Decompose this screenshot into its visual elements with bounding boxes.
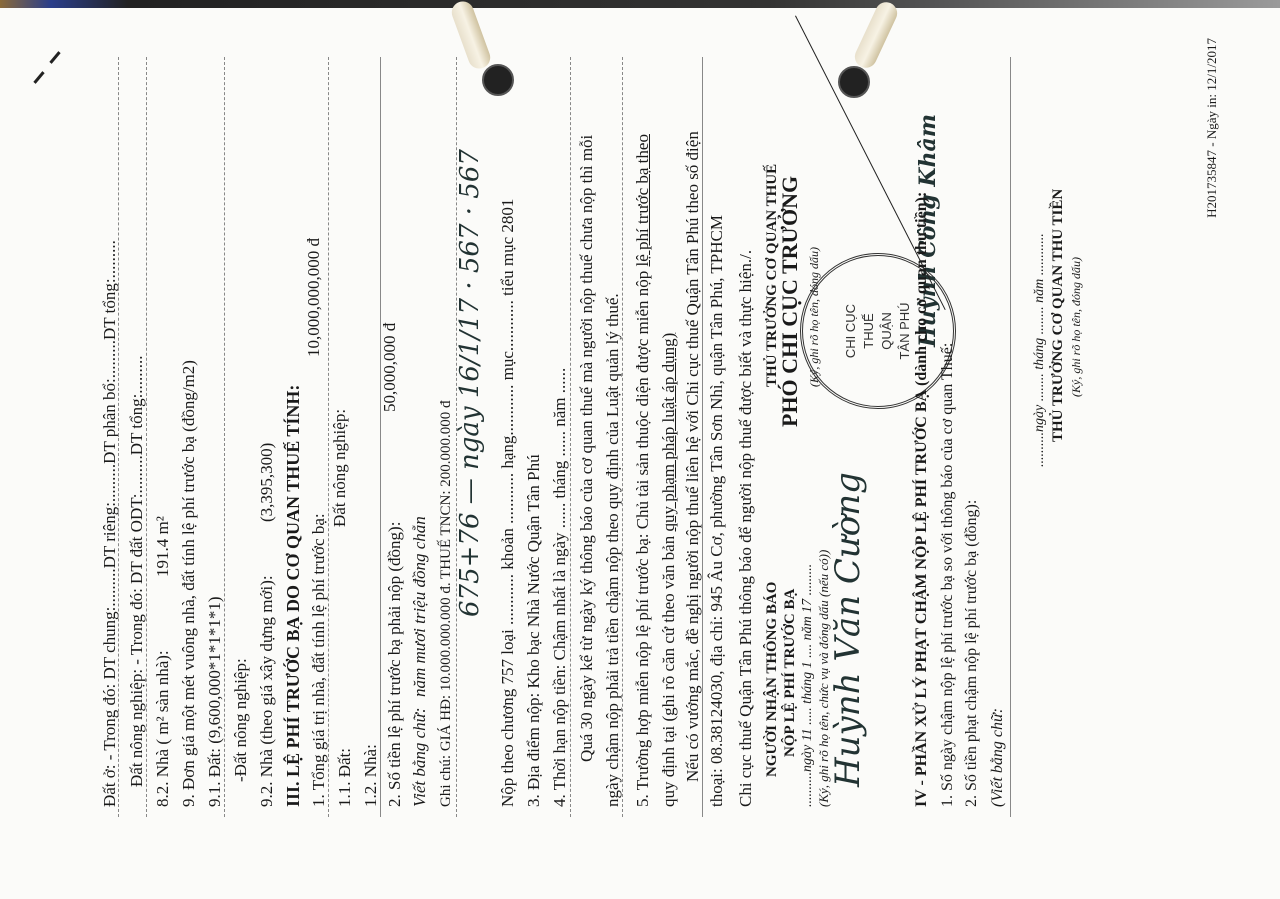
dat-91-line: 9.1. Đất: (9,600,000*1*1*1*1) bbox=[205, 596, 225, 807]
divider bbox=[118, 57, 119, 817]
tong-gia-tri-label: 1. Tổng giá trị nhà, đất tính lệ phí trư… bbox=[309, 513, 329, 807]
handwritten-note: 675+76 — ngày 16/1/17 · 567 · 567 bbox=[460, 149, 480, 617]
section-4-date: ..........ngày ........ tháng ........ n… bbox=[1030, 233, 1050, 467]
nop-theo-line: Nộp theo chương 757 loại ............ kh… bbox=[498, 199, 518, 807]
dat-nn-91: -Đất nông nghiệp: bbox=[231, 658, 251, 782]
section-4-bang-chu: (Viết bằng chữ: bbox=[988, 708, 1008, 807]
binder-edge bbox=[0, 0, 1280, 8]
ghi-chu-line: Ghi chú: GIÁ HĐ: 10.000.000.000 đ. THUẾ … bbox=[436, 400, 456, 807]
don-gia-line: 9. Đơn giá một mét vuông nhà, đất tính l… bbox=[179, 360, 199, 807]
nha-92-value: (3,395,300) bbox=[257, 443, 277, 522]
nha-82-label: 8.2. Nhà ( m² sàn nhà): bbox=[153, 650, 173, 807]
section-4-note: (Ký, ghi rõ họ tên, đóng dấu) bbox=[1066, 257, 1086, 397]
vuong-mac-line-1: Nếu có vướng mắc, đề nghị người nộp thuế… bbox=[683, 131, 703, 782]
dia-diem-line: 3. Địa điểm nộp: Kho bạc Nhà Nước Quận T… bbox=[524, 454, 544, 807]
tong-gia-tri-value: 10,000,000,000 đ bbox=[304, 238, 324, 357]
document-page: H201735847 - Ngày in: 12/1/2017 Đất ở: -… bbox=[0, 8, 1280, 899]
mien-line-2: quy định tại (ghi rõ căn cứ theo văn bản… bbox=[659, 333, 679, 807]
divider bbox=[380, 57, 381, 817]
dat-nn-line: Đất nông nghiệp: - Trong đó: DT đất ODT:… bbox=[127, 355, 147, 787]
thoi-han-line: 4. Thời hạn nộp tiền: Chậm nhất là ngày … bbox=[550, 368, 570, 807]
mien-line-1: 5. Trường hợp miễn nộp lệ phí trước bạ: … bbox=[633, 134, 653, 807]
so-ngay-line: 1. Số ngày chậm nộp lệ phí trước bạ so v… bbox=[938, 343, 958, 807]
section-4-title: THỦ TRƯỞNG CƠ QUAN THU TIỀN bbox=[1048, 189, 1068, 442]
dat-o-line: Đất ở: - Trong đó: DT chung:.........DT … bbox=[100, 240, 120, 807]
dat-11-label: 1.1. Đất: bbox=[335, 748, 355, 807]
qua-30-line-1: Quá 30 ngày kể từ ngày ký thông báo của … bbox=[577, 135, 597, 762]
vuong-mac-line-2: thoại: 08.38124030, địa chỉ: 945 Âu Cơ, … bbox=[707, 215, 727, 807]
rotated-content: Đất ở: - Trong đó: DT chung:.........DT … bbox=[0, 27, 1280, 899]
so-tien-label: 2. Số tiền lệ phí trước bạ phải nộp (đồn… bbox=[385, 522, 405, 807]
section-4-heading: IV - PHẦN XỬ LÝ PHẠT CHẬM NỘP LỆ PHÍ TRƯ… bbox=[912, 192, 932, 807]
receiver-title-2: NỘP LỆ PHÍ TRƯỚC BẠ bbox=[780, 589, 800, 757]
nha-82-value: 191.4 m² bbox=[153, 516, 173, 577]
nha-12-label: 1.2. Nhà: bbox=[361, 744, 381, 807]
dat-nn-11-label: Đất nông nghiệp: bbox=[330, 409, 350, 527]
chi-cuc-line: Chi cục thuế Quận Tân Phú thông báo để n… bbox=[736, 250, 756, 807]
receiver-signature: Huỳnh Văn Cường bbox=[838, 472, 858, 787]
qua-30-line-2: ngày chậm nộp phải trả tiền chậm nộp the… bbox=[603, 293, 623, 807]
so-tien-value: 50,000,000 đ bbox=[380, 323, 400, 412]
bang-chu-value: năm mươi triệu đồng chẵn bbox=[410, 516, 430, 697]
divider bbox=[146, 57, 147, 817]
divider bbox=[570, 57, 571, 817]
divider bbox=[622, 57, 623, 817]
nha-92-label: 9.2. Nhà (theo giá xây dựng mới): bbox=[257, 575, 277, 807]
divider bbox=[702, 57, 703, 817]
head-role: PHÓ CHI CỤC TRƯỞNG bbox=[780, 176, 800, 427]
divider bbox=[328, 57, 329, 817]
divider bbox=[1010, 57, 1011, 817]
receiver-title-1: NGƯỜI NHẬN THÔNG BÁO bbox=[762, 582, 782, 777]
so-tien-phat-line: 2. Số tiền phạt chậm nộp lệ phí trước bạ… bbox=[962, 500, 982, 807]
section-3-heading: III. LỆ PHÍ TRƯỚC BẠ DO CƠ QUAN THUẾ TÍN… bbox=[283, 385, 303, 807]
bang-chu-label: Viết bằng chữ: bbox=[410, 707, 430, 807]
divider bbox=[224, 57, 225, 817]
